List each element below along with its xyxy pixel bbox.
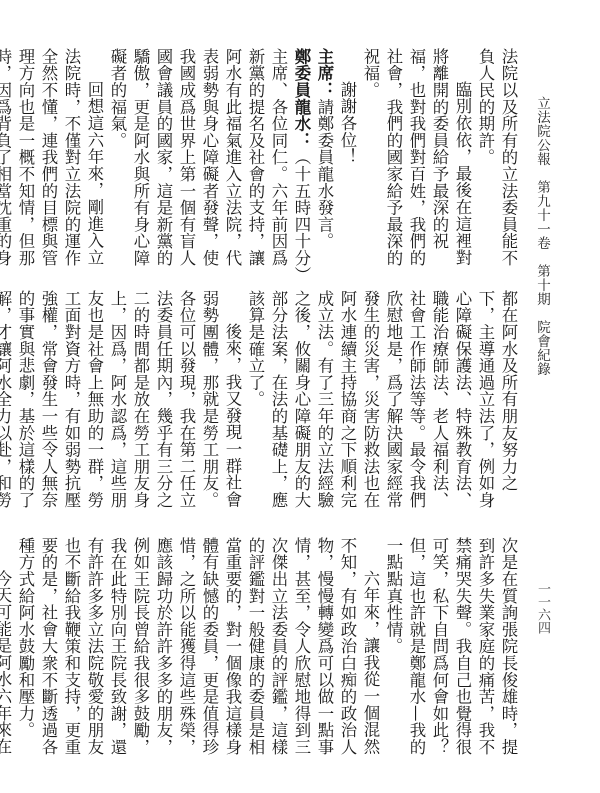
speech-paragraph: 鄭委員龍水：（十五時四十分）主席、各位同仁。六年前因爲新黨的提名及社會的支持，讓…: [106, 48, 313, 280]
paragraph: 都在阿水及所有朋友努力之下，主導通過立法了，例如身心障礙保護法、特殊教育法、職能…: [244, 290, 520, 522]
paragraph: 謝謝各位！: [336, 48, 359, 280]
speech-paragraph: 主席：請鄭委員龍水發言。: [313, 48, 336, 280]
paragraph: 六年來，讓我從一個混然不知，有如政治白痴的政治人物，慢慢轉變爲可以做一點事情，甚…: [14, 537, 382, 769]
text-block-bottom: 次是在質詢張院長俊雄時，提到許多失業家庭的痛苦，我不禁痛哭失聲。我自己也覺得很可…: [60, 537, 520, 769]
text-block-middle: 都在阿水及所有朋友努力之下，主導通過立法了，例如身心障礙保護法、特殊教育法、職能…: [60, 290, 520, 522]
speech-text: 請鄭委員龍水發言。: [315, 98, 334, 249]
paragraph: 今天可能是阿水六年來在立法院最後一次的談話，所以，對於這樣的過去，我抱持由衷且無…: [0, 537, 14, 769]
speaker-name: 主席：: [315, 48, 334, 98]
section-label: 院會紀錄: [532, 320, 552, 376]
paragraph: 後來，我又發現一群社會弱勢團體，那就是勞工朋友。各位可以發現，我在第二任立法委員…: [0, 290, 244, 522]
page-number: 一一六四: [532, 582, 552, 634]
paragraph: 回想這六年來，剛進入立法院時，不僅對立法院的運作全然不懂，連我們的目標與管理方向…: [0, 48, 106, 280]
speaker-name: 鄭委員龍水：: [292, 48, 311, 149]
speech-text: （十五時四十分）主席、各位同仁。六年前因爲新黨的提名及社會的支持，讓阿水有此福氣…: [108, 48, 311, 275]
gazette-page: 立法院公報第九十一卷第十期院會紀錄 一一六四 法院以及所有的立法委員能不負人民的…: [0, 0, 600, 793]
issue-label: 第十期: [532, 264, 552, 306]
paragraph: 法院以及所有的立法委員能不負人民的期許。: [474, 48, 520, 280]
paragraph: 次是在質詢張院長俊雄時，提到許多失業家庭的痛苦，我不禁痛哭失聲。我自己也覺得很可…: [382, 537, 520, 769]
volume-label: 第九十一卷: [532, 180, 552, 250]
publication-title: 立法院公報: [532, 96, 552, 166]
running-header: 立法院公報第九十一卷第十期院會紀錄: [532, 96, 552, 376]
text-block-top: 法院以及所有的立法委員能不負人民的期許。 臨別依依，最後在這裡對將離開的委員給予…: [60, 48, 520, 280]
paragraph: 臨別依依，最後在這裡對將離開的委員給予最深的祝福，也對我們對百姓，我們的社會，我…: [359, 48, 474, 280]
